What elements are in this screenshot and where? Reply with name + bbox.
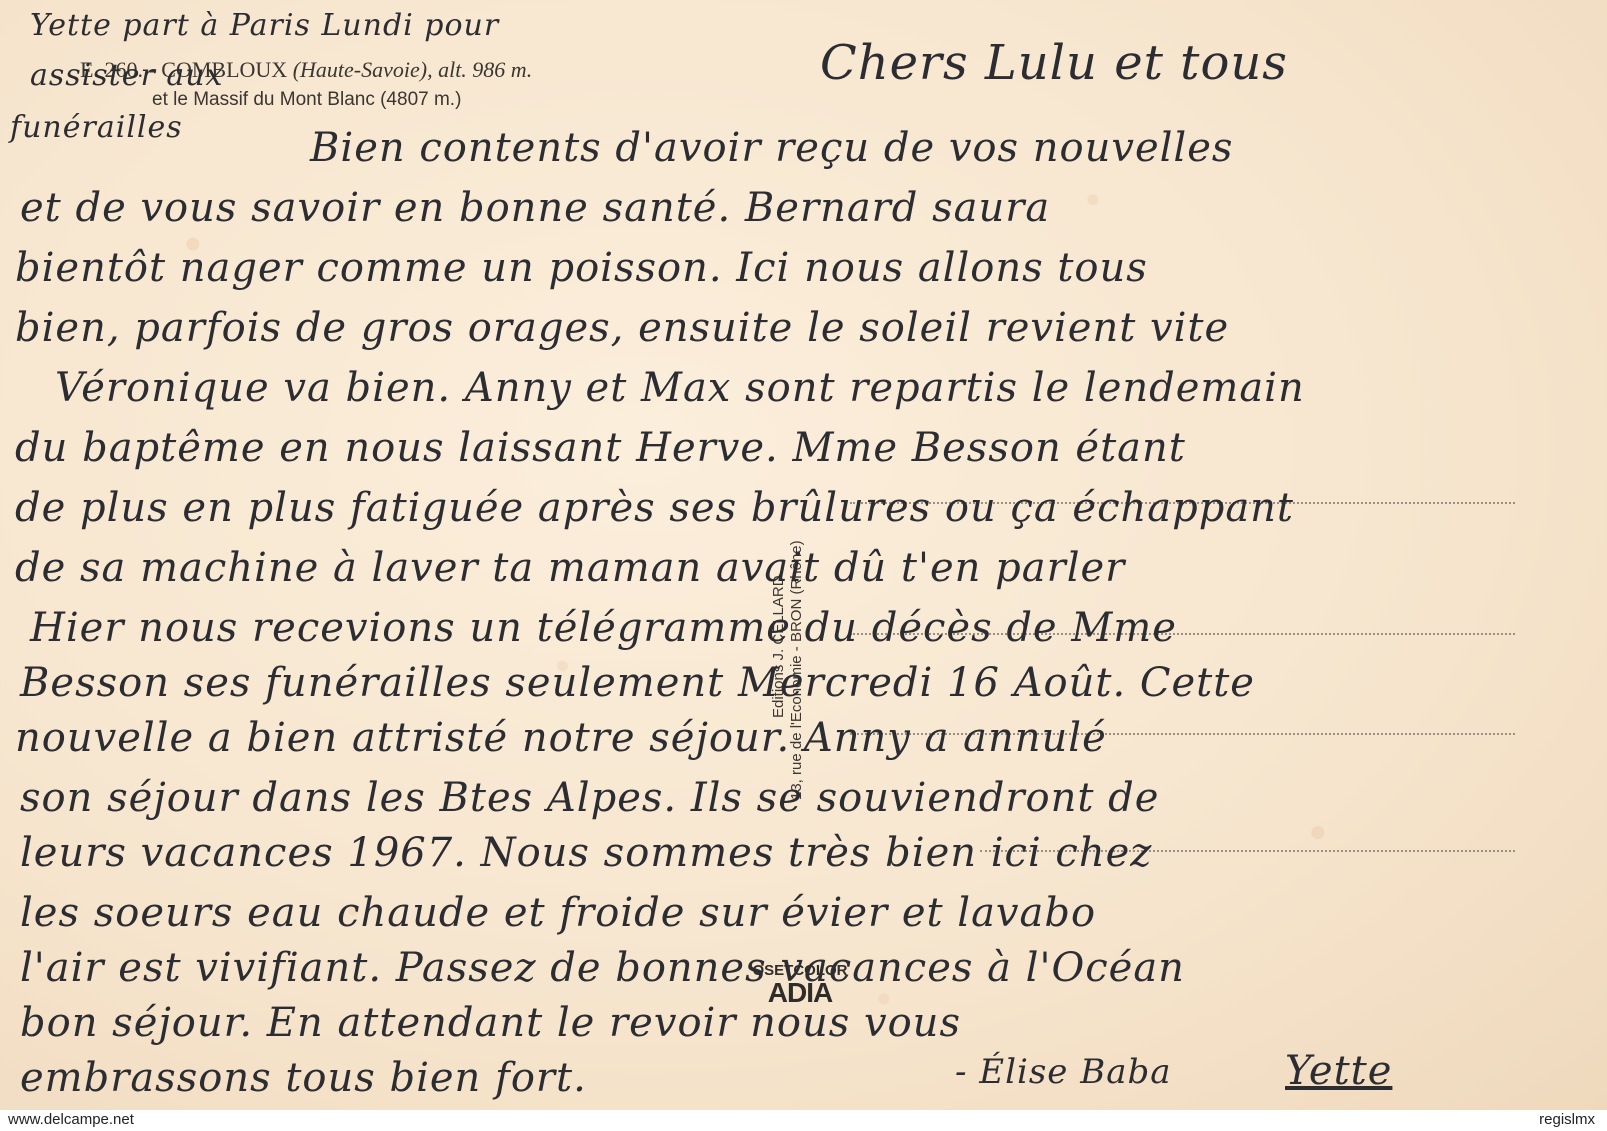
message-line: bon séjour. En attendant le revoir nous … (20, 1000, 961, 1046)
message-line: l'air est vivifiant. Passez de bonnes va… (20, 945, 1185, 991)
message-line: Chers Lulu et tous (820, 35, 1288, 91)
watermark-right: regislmx (1539, 1110, 1595, 1130)
message-line: de sa machine à laver ta maman avait dû … (15, 545, 1125, 591)
signature-name: Yette (1285, 1048, 1392, 1094)
caption-altitude: alt. 986 m. (438, 57, 532, 82)
caption-region: (Haute-Savoie), (293, 57, 433, 82)
message-line: bientôt nager comme un poisson. Ici nous… (15, 245, 1148, 291)
watermark-left: www.delcampe.net (8, 1110, 134, 1130)
message-line: et de vous savoir en bonne santé. Bernar… (20, 185, 1050, 231)
signature-text: - Élise Baba (955, 1052, 1172, 1092)
message-line: de plus en plus fatiguée après ses brûlu… (15, 485, 1294, 531)
message-line: les soeurs eau chaude et froide sur évie… (20, 890, 1096, 936)
margin-note-line-2: assister aux (30, 58, 223, 93)
postcard-back: E. 260. - COMBLOUX (Haute-Savoie), alt. … (0, 0, 1607, 1110)
message-line: du baptême en nous laissant Herve. Mme B… (15, 425, 1186, 471)
message-line: Bien contents d'avoir reçu de vos nouvel… (310, 125, 1233, 171)
message-line: bien, parfois de gros orages, ensuite le… (15, 305, 1229, 351)
message-line: nouvelle a bien attristé notre séjour. A… (15, 715, 1107, 761)
message-line: Besson ses funérailles seulement Mercred… (20, 660, 1255, 706)
message-line: leurs vacances 1967. Nous sommes très bi… (20, 830, 1152, 876)
margin-note-line-1: Yette part à Paris Lundi pour (30, 8, 499, 43)
message-line: son séjour dans les Btes Alpes. Ils se s… (20, 775, 1159, 821)
message-line: Véronique va bien. Anny et Max sont repa… (55, 365, 1305, 411)
message-line: embrassons tous bien fort. (20, 1055, 587, 1101)
message-line: Hier nous recevions un télégramme du déc… (30, 605, 1177, 651)
margin-note-line-3: funérailles (10, 110, 183, 145)
